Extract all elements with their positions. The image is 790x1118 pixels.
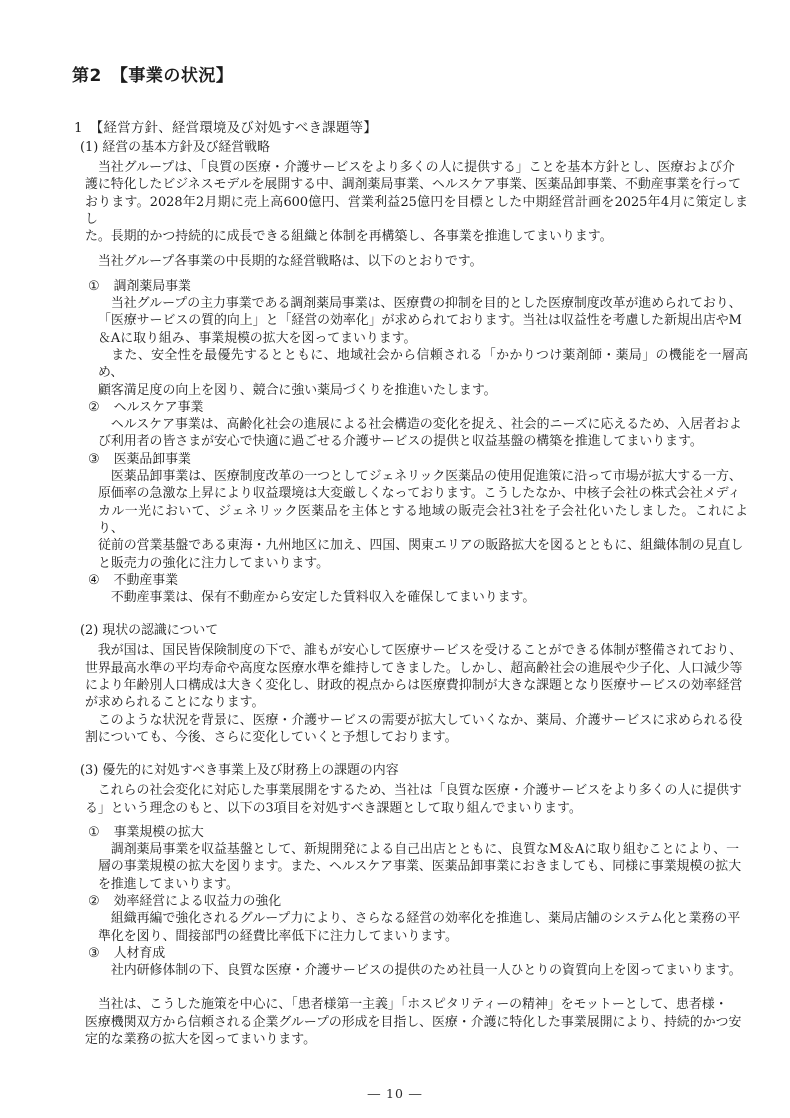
item-number: ② xyxy=(88,894,100,909)
paragraph: 医薬品卸事業は、医療制度改革の一つとしてジェネリック医薬品の使用促進策に沿って市… xyxy=(98,468,748,572)
chapter-title: 第2 【事業の状況】 xyxy=(72,66,748,86)
subsection-3: (3) 優先的に対処すべき事業上及び財務上の課題の内容 これらの社会変化に対応し… xyxy=(72,762,748,1048)
item-number: ① xyxy=(88,825,100,840)
item-number: ② xyxy=(88,400,100,415)
paragraph: ヘルスケア事業は、高齢化社会の進展による社会構造の変化を捉え、社会的ニーズに応え… xyxy=(98,416,748,451)
paragraph: 調剤薬局事業を収益基盤として、新規開発による自己出店とともに、良質なM＆Aに取り… xyxy=(98,841,748,893)
item-heading: ③医薬品卸事業 xyxy=(88,451,748,468)
numbered-item-4: ④不動産事業 不動産事業は、保有不動産から安定した賃料収入を確保してまいります。 xyxy=(72,572,748,607)
item-heading: ①事業規模の拡大 xyxy=(88,824,748,841)
item-heading: ④不動産事業 xyxy=(88,572,748,589)
item-number: ① xyxy=(88,279,100,294)
item-number: ④ xyxy=(88,573,100,588)
subsection-heading: (1) 経営の基本方針及び経営戦略 xyxy=(80,139,748,157)
item-title: 医薬品卸事業 xyxy=(100,452,191,467)
paragraph: 我が国は、国民皆保険制度の下で、誰もが安心して医療サービスを受けることができる体… xyxy=(85,642,748,711)
subsection-2: (2) 現状の認識について 我が国は、国民皆保険制度の下で、誰もが安心して医療サ… xyxy=(72,622,748,746)
document-page: 第2 【事業の状況】 1 【経営方針、経営環境及び対処すべき課題等】 (1) 経… xyxy=(0,0,790,1118)
numbered-item-2: ②ヘルスケア事業 ヘルスケア事業は、高齢化社会の進展による社会構造の変化を捉え、… xyxy=(72,399,748,451)
paragraph: 社内研修体制の下、良質な医療・介護サービスの提供のため社員一人ひとりの資質向上を… xyxy=(98,962,748,979)
item-title: 効率経営による収益力の強化 xyxy=(100,894,282,909)
item-title: ヘルスケア事業 xyxy=(100,400,204,415)
item-number: ③ xyxy=(88,946,100,961)
item-heading: ②効率経営による収益力の強化 xyxy=(88,893,748,910)
item-heading: ③人材育成 xyxy=(88,945,748,962)
numbered-item-3: ③人材育成 社内研修体制の下、良質な医療・介護サービスの提供のため社員一人ひとり… xyxy=(72,945,748,980)
numbered-item-3: ③医薬品卸事業 医薬品卸事業は、医療制度改革の一つとしてジェネリック医薬品の使用… xyxy=(72,451,748,572)
page-footer: ― 10 ― xyxy=(0,1085,790,1102)
subsection-heading: (3) 優先的に対処すべき事業上及び財務上の課題の内容 xyxy=(80,762,748,780)
item-title: 人材育成 xyxy=(100,946,166,961)
paragraph: 組織再編で強化されるグループ力により、さらなる経営の効率化を推進し、薬局店舗のシ… xyxy=(98,910,748,945)
numbered-item-1: ①事業規模の拡大 調剤薬局事業を収益基盤として、新規開発による自己出店とともに、… xyxy=(72,824,748,893)
closing-paragraph: 当社は、こうした施策を中心に、「患者様第一主義」「ホスピタリティーの精神」をモッ… xyxy=(85,996,748,1048)
paragraph: 当社グループ各事業の中長期的な経営戦略は、以下のとおりです。 xyxy=(85,253,748,270)
item-heading: ①調剤薬局事業 xyxy=(88,278,748,295)
item-title: 不動産事業 xyxy=(100,573,178,588)
numbered-item-list: ①調剤薬局事業 当社グループの主力事業である調剤薬局事業は、医療費の抑制を目的と… xyxy=(72,278,748,607)
subsection-1: (1) 経営の基本方針及び経営戦略 当社グループは、「良質の医療・介護サービスを… xyxy=(72,139,748,606)
item-title: 調剤薬局事業 xyxy=(100,279,191,294)
document-content: 第2 【事業の状況】 1 【経営方針、経営環境及び対処すべき課題等】 (1) 経… xyxy=(0,0,790,1048)
numbered-item-1: ①調剤薬局事業 当社グループの主力事業である調剤薬局事業は、医療費の抑制を目的と… xyxy=(72,278,748,399)
numbered-item-list: ①事業規模の拡大 調剤薬局事業を収益基盤として、新規開発による自己出店とともに、… xyxy=(72,824,748,980)
paragraph: また、安全性を最優先するとともに、地域社会から信頼される「かかりつけ薬剤師・薬局… xyxy=(98,347,748,399)
paragraph: 当社グループは、「良質の医療・介護サービスをより多くの人に提供する」ことを基本方… xyxy=(85,159,748,245)
section-heading: 1 【経営方針、経営環境及び対処すべき課題等】 xyxy=(74,120,748,138)
paragraph: 当社グループの主力事業である調剤薬局事業は、医療費の抑制を目的とした医療制度改革… xyxy=(98,295,748,347)
item-title: 事業規模の拡大 xyxy=(100,825,204,840)
numbered-item-2: ②効率経営による収益力の強化 組織再編で強化されるグループ力により、さらなる経営… xyxy=(72,893,748,945)
subsection-heading: (2) 現状の認識について xyxy=(80,622,748,640)
page-number: ― 10 ― xyxy=(368,1086,423,1101)
paragraph: このような状況を背景に、医療・介護サービスの需要が拡大していくなか、薬局、介護サ… xyxy=(85,712,748,747)
item-number: ③ xyxy=(88,452,100,467)
paragraph: 不動産事業は、保有不動産から安定した賃料収入を確保してまいります。 xyxy=(98,589,748,606)
paragraph: これらの社会変化に対応した事業展開をするため、当社は「良質な医療・介護サービスを… xyxy=(85,782,748,817)
item-heading: ②ヘルスケア事業 xyxy=(88,399,748,416)
